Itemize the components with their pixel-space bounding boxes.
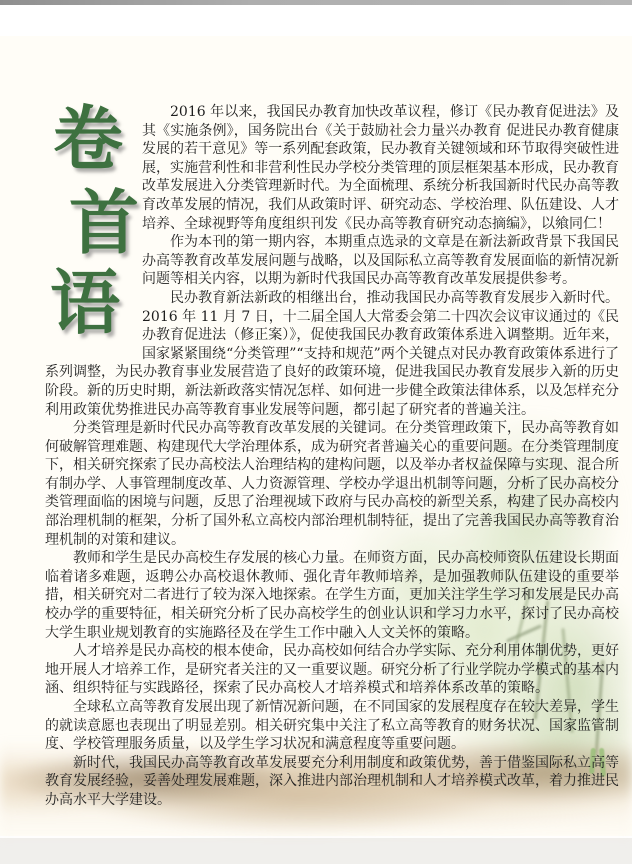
foreword-body: 卷 首 语 2016 年以来，我国民办教育加快改革议程，修订《民办教育促进法》及… xyxy=(45,103,619,810)
paragraph: 全球私立高等教育发展出现了新情况新问题，在不同国家的发展程度存在较大差异，学生的… xyxy=(45,698,619,754)
paragraph: 教师和学生是民办高校生存发展的核心力量。在师资方面，民办高校师资队伍建设长期面临… xyxy=(45,549,619,642)
paragraph: 人才培养是民办高校的根本使命，民办高校如何结合办学实际、充分利用体制优势，更好地… xyxy=(45,642,619,698)
paragraph: 分类管理是新时代民办高等教育改革发展的关键词。在分类管理政策下，民办高等教育如何… xyxy=(45,419,619,549)
foreword-title-vertical: 卷 首 语 xyxy=(45,103,142,345)
title-char: 语 xyxy=(50,263,120,343)
paragraph: 新时代，我国民办高等教育改革发展要充分利用制度和政策优势，善于借鉴国际私立高等教… xyxy=(45,754,619,810)
title-char: 卷 xyxy=(53,99,123,179)
title-char: 首 xyxy=(69,183,139,263)
scan-top-edge xyxy=(0,0,632,5)
scan-bottom-edge xyxy=(0,838,632,864)
